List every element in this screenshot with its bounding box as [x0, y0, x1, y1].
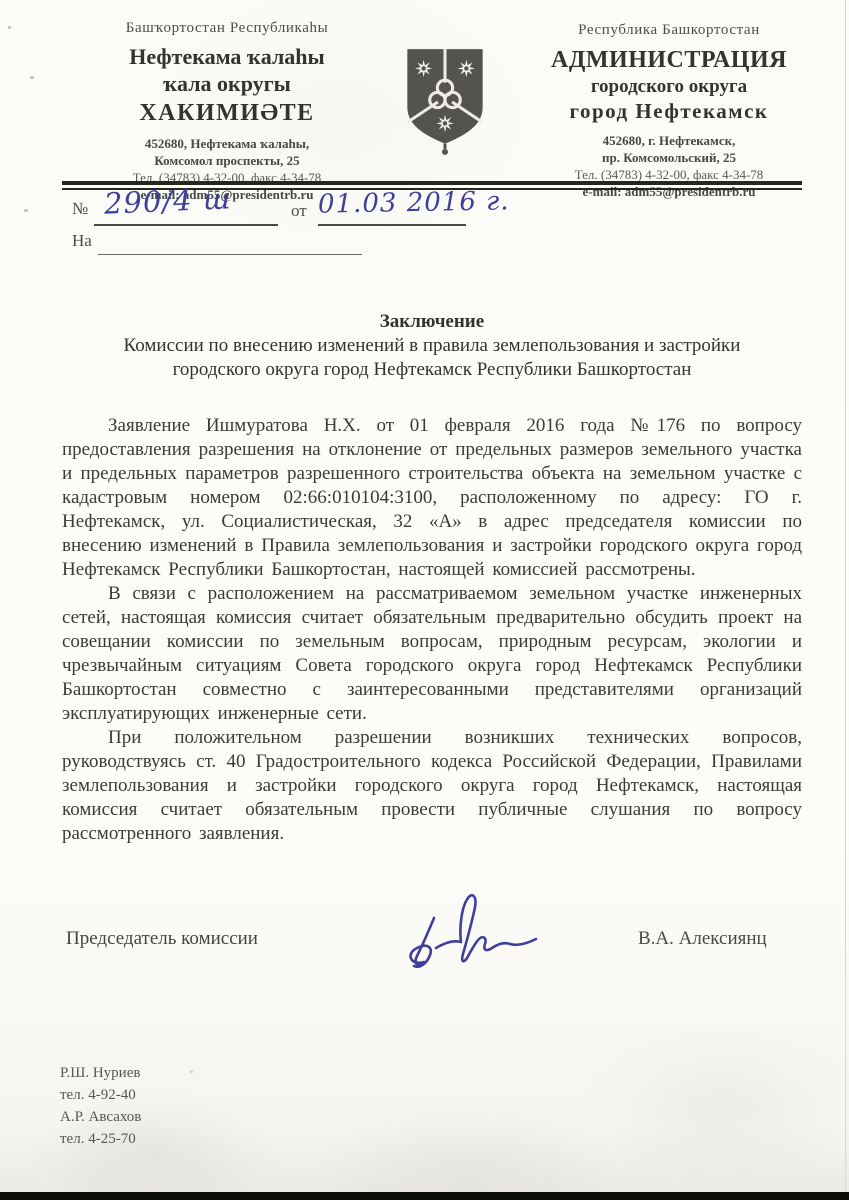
executor-contacts: Р.Ш. Нуриев тел. 4-92-40 А.Р. Авсахов те… [60, 1062, 141, 1150]
title-line1: Заключение [62, 310, 802, 334]
document-title: Заключение Комиссии по внесению изменени… [62, 310, 802, 382]
reply-to-label: На [72, 231, 92, 251]
org-name-bashkir-line3: ХАКИМИӘТЕ [62, 98, 392, 128]
paragraph: При положительном разрешении возникших т… [62, 726, 802, 846]
letterhead-russian: Республика Башкортостан АДМИНИСТРАЦИЯ го… [532, 22, 806, 200]
title-line2: Комиссии по внесению изменений в правила… [62, 334, 802, 358]
region-name-bashkir: Башҡортостан Республикаһы [62, 20, 392, 37]
org-name-russian-line2: городского округа [532, 75, 806, 98]
letterhead-bashkir: Башҡортостан Республикаһы Нефтекама ҡала… [62, 20, 392, 203]
scan-speck [24, 209, 28, 212]
region-name-russian: Республика Башкортостан [532, 22, 806, 39]
org-name-bashkir-line1: Нефтекама ҡалаһы [62, 44, 392, 71]
neftekamsk-coat-of-arms-icon [399, 44, 491, 158]
paragraph: В связи с расположением на рассматриваем… [62, 582, 802, 726]
contact-phone: тел. 4-25-70 [60, 1128, 141, 1150]
paragraph: Заявление Ишмуратова Н.Х. от 01 февраля … [62, 414, 802, 582]
address-line: 452680, Нефтекама ҡалаһы, [62, 135, 392, 152]
document-page: Башҡортостан Республикаһы Нефтекама ҡала… [0, 0, 849, 1200]
title-line3: городского округа город Нефтекамск Респу… [62, 358, 802, 382]
contact-name: А.Р. Авсахов [60, 1106, 141, 1128]
address-line: Комсомол проспекты, 25 [62, 152, 392, 169]
handwritten-number: 290/4 ш [103, 181, 232, 221]
document-body: Заявление Ишмуратова Н.Х. от 01 февраля … [62, 414, 802, 846]
address-line: пр. Комсомольский, 25 [532, 149, 806, 166]
contact-name: Р.Ш. Нуриев [60, 1062, 141, 1084]
date-label: от [291, 201, 307, 221]
org-name-bashkir-line2: ҡала округы [62, 71, 392, 98]
reply-blank-line [98, 230, 362, 255]
scan-speck [190, 1070, 193, 1073]
scan-speck [30, 76, 34, 79]
scan-speck [8, 26, 11, 29]
address-block-russian: 452680, г. Нефтекамск, пр. Комсомольский… [532, 132, 806, 201]
signatory-name: В.А. Алексиянц [638, 928, 767, 950]
signatory-role: Председатель комиссии [66, 928, 258, 950]
handwritten-date: 01.03 2016 г. [318, 186, 510, 219]
org-name-russian-line1: АДМИНИСТРАЦИЯ [532, 46, 806, 75]
address-line: 452680, г. Нефтекамск, [532, 132, 806, 149]
handwritten-signature [396, 886, 561, 981]
scan-edge-right [845, 0, 846, 1200]
number-label: № [72, 199, 88, 219]
contact-phone: тел. 4-92-40 [60, 1084, 141, 1106]
org-name-russian-line3: город Нефтекамск [532, 98, 806, 124]
scan-edge-bottom [0, 1192, 849, 1200]
